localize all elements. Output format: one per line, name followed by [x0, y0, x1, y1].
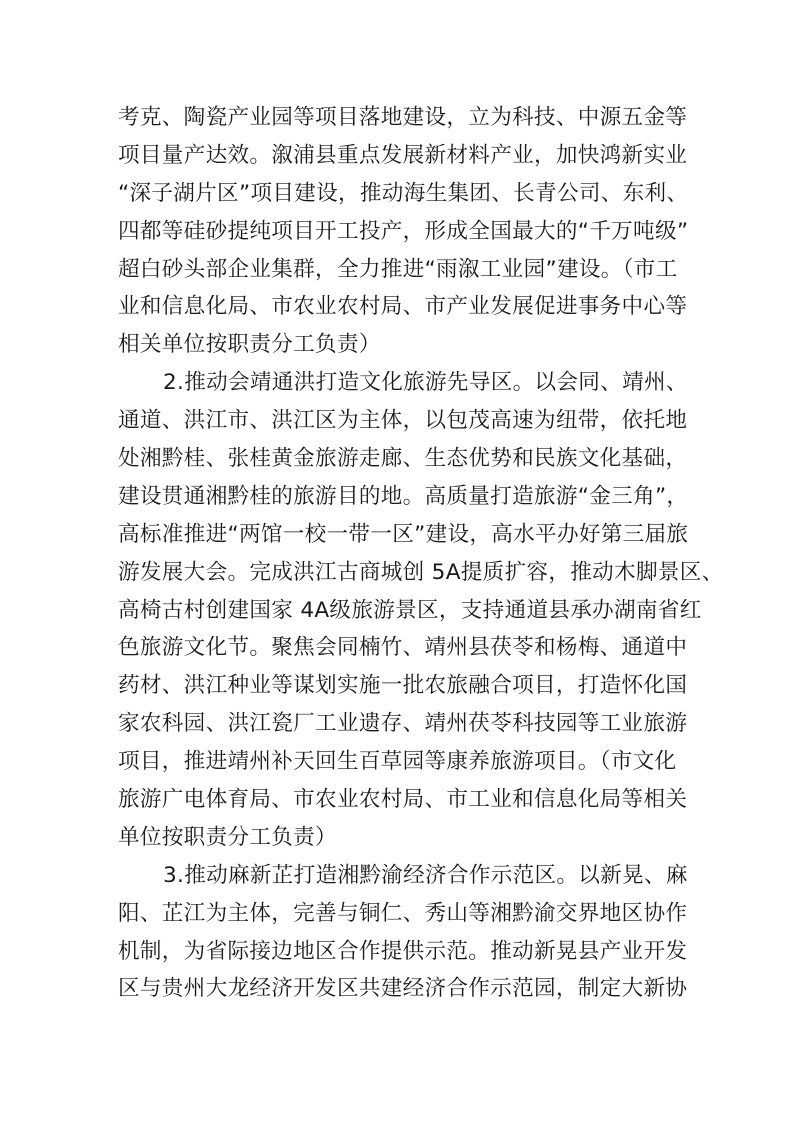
text-line: 阳、芷江为主体，完善与铜仁、秀山等湘黔渝交界地区协作 [118, 895, 676, 933]
text-line: 色旅游文化节。聚焦会同楠竹、靖州县茯苓和杨梅、通道中 [118, 629, 676, 667]
paragraph-culture-tourism: 2.推动会靖通洪打造文化旅游先导区。以会同、靖州、 通道、洪江市、洪江区为主体，… [118, 364, 676, 857]
text-line: 四都等硅砂提纯项目开工投产，形成全国最大的“千万吨级” [118, 213, 676, 251]
text-line: 旅游广电体育局、市农业农村局、市工业和信息化局等相关 [118, 781, 676, 819]
text-line: 单位按职责分工负责） [118, 819, 676, 857]
text-line: 区与贵州大龙经济开发区共建经济合作示范园，制定大新协 [118, 970, 676, 1008]
paragraph-heading-line: 2.推动会靖通洪打造文化旅游先导区。以会同、靖州、 [118, 364, 676, 402]
text-line: “深子湖片区”项目建设，推动海生集团、长青公司、东利、 [118, 175, 676, 213]
text-line: 处湘黔桂、张桂黄金旅游走廊、生态优势和民族文化基础， [118, 440, 676, 478]
text-line: 项目量产达效。溆浦县重点发展新材料产业，加快鸿新实业 [118, 137, 676, 175]
paragraph-heading-line: 3.推动麻新芷打造湘黔渝经济合作示范区。以新晃、麻 [118, 857, 676, 895]
text-line: 项目，推进靖州补天回生百草园等康养旅游项目。（市文化 [118, 743, 676, 781]
text-line: 超白砂头部企业集群，全力推进“雨溆工业园”建设。（市工 [118, 251, 676, 289]
text-line: 建设贯通湘黔桂的旅游目的地。高质量打造旅游“金三角”， [118, 478, 676, 516]
text-line: 药材、洪江种业等谋划实施一批农旅融合项目，打造怀化国 [118, 667, 676, 705]
paragraph-industry-parks: 考克、陶瓷产业园等项目落地建设，立为科技、中源五金等 项目量产达效。溆浦县重点发… [118, 99, 676, 364]
text-line: 通道、洪江市、洪江区为主体，以包茂高速为纽带，依托地 [118, 402, 676, 440]
document-body: 考克、陶瓷产业园等项目落地建设，立为科技、中源五金等 项目量产达效。溆浦县重点发… [118, 99, 676, 1008]
text-line: 高标准推进“两馆一校一带一区”建设，高水平办好第三届旅 [118, 516, 676, 554]
text-line: 相关单位按职责分工负责） [118, 326, 676, 364]
text-line: 考克、陶瓷产业园等项目落地建设，立为科技、中源五金等 [118, 99, 676, 137]
text-line: 机制，为省际接边地区合作提供示范。推动新晃县产业开发 [118, 933, 676, 971]
text-line: 家农科园、洪江瓷厂工业遗存、靖州茯苓科技园等工业旅游 [118, 705, 676, 743]
document-page: 考克、陶瓷产业园等项目落地建设，立为科技、中源五金等 项目量产达效。溆浦县重点发… [0, 0, 793, 1122]
text-line: 游发展大会。完成洪江古商城创 5A提质扩容，推动木脚景区、 [118, 554, 676, 592]
text-line: 高椅古村创建国家 4A级旅游景区，支持通道县承办湖南省红 [118, 592, 676, 630]
paragraph-economic-cooperation: 3.推动麻新芷打造湘黔渝经济合作示范区。以新晃、麻 阳、芷江为主体，完善与铜仁、… [118, 857, 676, 1009]
text-line: 业和信息化局、市农业农村局、市产业发展促进事务中心等 [118, 288, 676, 326]
